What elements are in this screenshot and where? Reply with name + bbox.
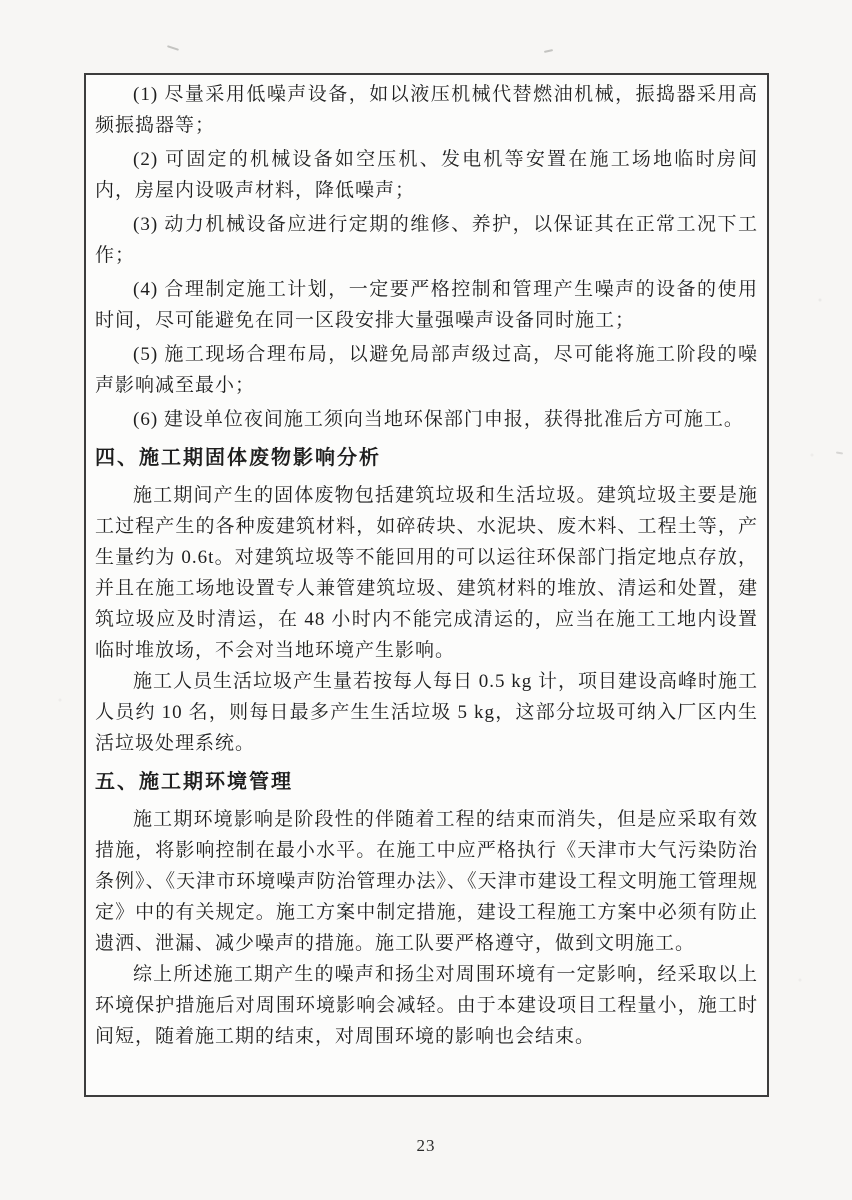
- page-number: 23: [0, 1136, 852, 1156]
- noise-measure-item-3: (3) 动力机械设备应进行定期的维修、养护，以保证其在正常工况下工作；: [95, 209, 758, 271]
- solid-waste-paragraph-1: 施工期间产生的固体废物包括建筑垃圾和生活垃圾。建筑垃圾主要是施工过程产生的各种废…: [95, 480, 758, 666]
- section-heading-env-management: 五、施工期环境管理: [95, 767, 758, 798]
- env-management-paragraph-2: 综上所述施工期产生的噪声和扬尘对周围环境有一定影响，经采取以上环境保护措施后对周…: [95, 959, 758, 1052]
- noise-measure-item-1: (1) 尽量采用低噪声设备，如以液压机械代替燃油机械，振捣器采用高频振捣器等；: [95, 79, 758, 141]
- noise-measure-item-5: (5) 施工现场合理布局，以避免局部声级过高，尽可能将施工阶段的噪声影响减至最小…: [95, 339, 758, 401]
- scan-artifact: [544, 49, 553, 53]
- noise-measure-item-4: (4) 合理制定施工计划，一定要严格控制和管理产生噪声的设备的使用时间，尽可能避…: [95, 274, 758, 336]
- noise-measure-item-6: (6) 建设单位夜间施工须向当地环保部门申报，获得批准后方可施工。: [95, 404, 758, 435]
- scan-artifact: [167, 45, 179, 51]
- env-management-paragraph-1: 施工期环境影响是阶段性的伴随着工程的结束而消失，但是应采取有效措施，将影响控制在…: [95, 804, 758, 959]
- scan-artifact: [836, 452, 843, 455]
- noise-measure-item-2: (2) 可固定的机械设备如空压机、发电机等安置在施工场地临时房间内，房屋内设吸声…: [95, 144, 758, 206]
- solid-waste-paragraph-2: 施工人员生活垃圾产生量若按每人每日 0.5 kg 计，项目建设高峰时施工人员约 …: [95, 666, 758, 759]
- document-border-frame: (1) 尽量采用低噪声设备，如以液压机械代替燃油机械，振捣器采用高频振捣器等； …: [84, 73, 769, 1097]
- section-heading-solid-waste: 四、施工期固体废物影响分析: [95, 443, 758, 474]
